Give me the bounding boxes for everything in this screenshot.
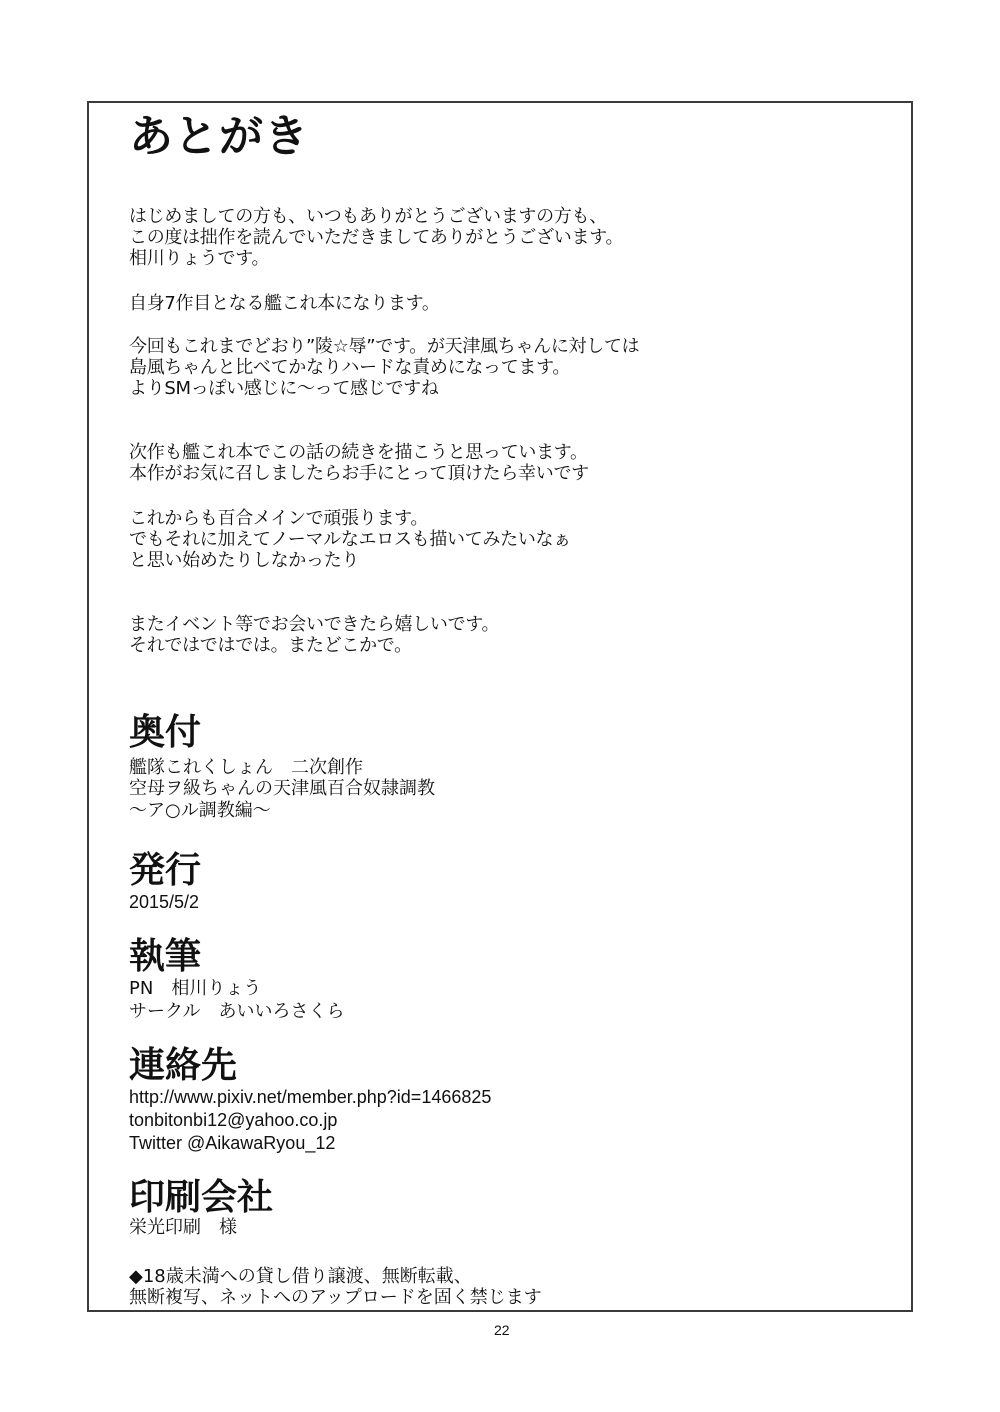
publication-heading: 発行 <box>129 851 201 891</box>
author-pen-name: PN 相川りょう <box>129 978 261 999</box>
printer-name: 栄光印刷 様 <box>129 1217 237 1238</box>
afterword-paragraph-1: はじめましての方も、いつもありがとうございますの方も、 この度は拙作を読んでいた… <box>129 206 623 269</box>
afterword-paragraph-6: またイベント等でお会いできたら嬉しいです。 それではではでは。またどこかで。 <box>129 614 499 656</box>
contact-url: http://www.pixiv.net/member.php?id=14668… <box>129 1087 491 1108</box>
printer-heading: 印刷会社 <box>129 1178 273 1218</box>
copyright-notice: ◆18歳未満への貸し借り譲渡、無断転載、 無断複写、ネットへのアップロードを固く… <box>129 1266 542 1308</box>
page-number: 22 <box>494 1322 510 1338</box>
afterword-paragraph-4: 次作も艦これ本でこの話の続きを描こうと思っています。 本作がお気に召しましたらお… <box>129 442 589 484</box>
colophon-heading: 奥付 <box>129 713 201 753</box>
afterword-paragraph-5: これからも百合メインで頑張ります。 でもそれに加えてノーマルなエロスも描いてみた… <box>129 508 571 571</box>
contact-twitter: Twitter @AikawaRyou_12 <box>129 1133 335 1154</box>
colophon-line-2: 空母ヲ級ちゃんの天津風百合奴隷調教 <box>129 778 435 799</box>
author-circle: サークル あいいろさくら <box>129 1001 344 1022</box>
publication-date: 2015/5/2 <box>129 892 199 913</box>
afterword-paragraph-2: 自身7作目となる艦これ本になります。 <box>129 293 440 314</box>
afterword-title: あとがき <box>129 111 309 163</box>
contact-heading: 連絡先 <box>129 1046 237 1086</box>
colophon-line-1: 艦隊これくしょん 二次創作 <box>129 757 363 778</box>
contact-email: tonbitonbi12@yahoo.co.jp <box>129 1110 337 1131</box>
page-frame: あとがき はじめましての方も、いつもありがとうございますの方も、 この度は拙作を… <box>87 101 913 1312</box>
author-heading: 執筆 <box>129 937 201 977</box>
afterword-paragraph-3: 今回もこれまでどおり”陵☆辱”です。が天津風ちゃんに対しては 島風ちゃんと比べて… <box>129 336 639 399</box>
colophon-line-3: ～ア○ル調教編～ <box>129 800 271 821</box>
